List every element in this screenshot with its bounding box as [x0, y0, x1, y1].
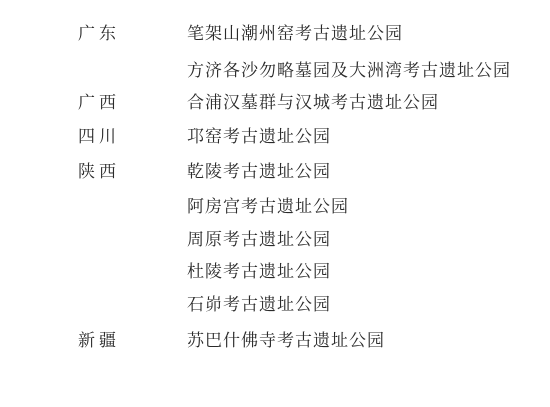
list-row: 杜陵考古遗址公园 [0, 260, 550, 284]
list-row: 新疆 苏巴什佛寺考古遗址公园 [0, 329, 550, 353]
list-row: 方济各沙勿略墓园及大洲湾考古遗址公园 [0, 59, 550, 83]
province-label: 四川 [78, 125, 120, 149]
site-name: 阿房宫考古遗址公园 [187, 195, 349, 219]
list-row: 广西 合浦汉墓群与汉城考古遗址公园 [0, 91, 550, 115]
site-name: 合浦汉墓群与汉城考古遗址公园 [187, 91, 439, 115]
list-row: 周原考古遗址公园 [0, 228, 550, 252]
site-name: 邛窑考古遗址公园 [187, 125, 331, 149]
site-name: 杜陵考古遗址公园 [187, 260, 331, 284]
site-name: 苏巴什佛寺考古遗址公园 [187, 329, 385, 353]
site-name: 方济各沙勿略墓园及大洲湾考古遗址公园 [187, 59, 511, 83]
list-row: 陕西 乾陵考古遗址公园 [0, 160, 550, 184]
site-name: 石峁考古遗址公园 [187, 293, 331, 317]
list-row: 石峁考古遗址公园 [0, 293, 550, 317]
site-name: 笔架山潮州窑考古遗址公园 [187, 22, 403, 46]
site-name: 周原考古遗址公园 [187, 228, 331, 252]
province-label: 陕西 [78, 160, 120, 184]
list-row: 阿房宫考古遗址公园 [0, 195, 550, 219]
site-name: 乾陵考古遗址公园 [187, 160, 331, 184]
province-label: 新疆 [78, 329, 120, 353]
province-label: 广西 [78, 91, 120, 115]
province-label: 广东 [78, 22, 120, 46]
list-row: 四川 邛窑考古遗址公园 [0, 125, 550, 149]
list-row: 广东 笔架山潮州窑考古遗址公园 [0, 22, 550, 46]
